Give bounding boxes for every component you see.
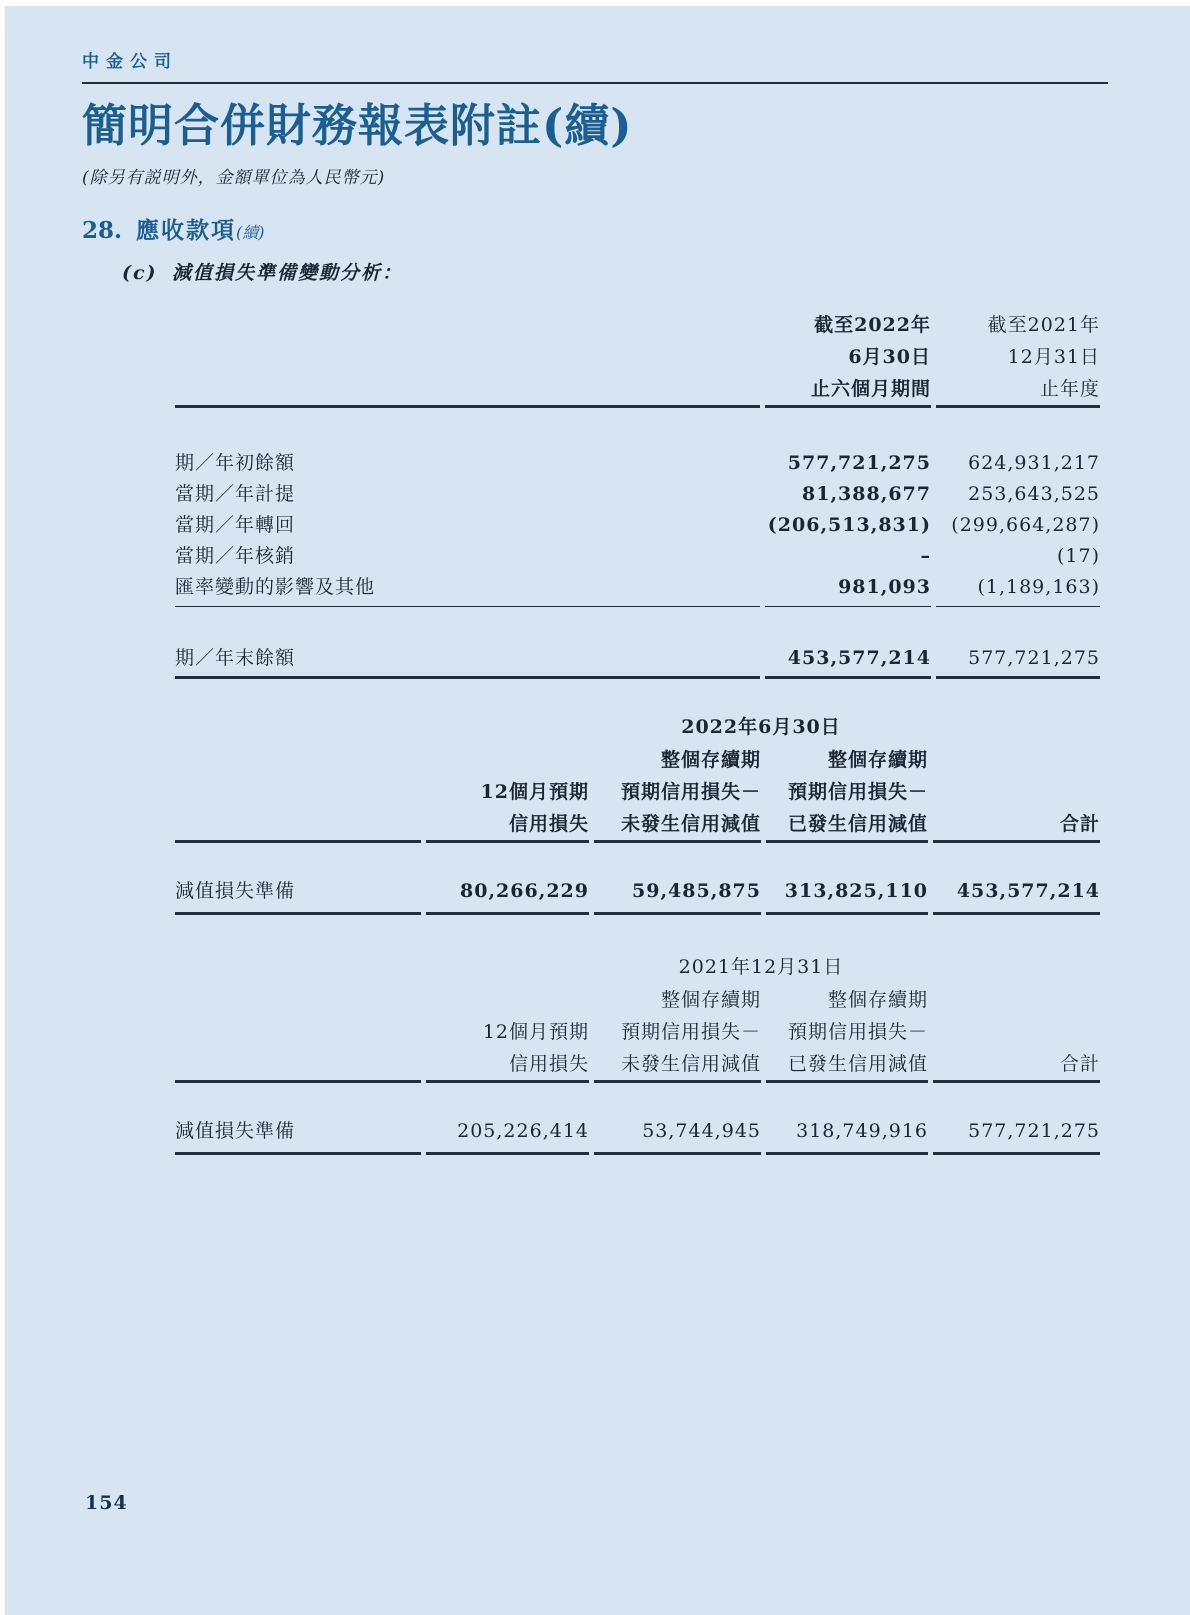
page-number: 154 xyxy=(85,1492,128,1514)
column-header-stage3: 整個存續期 預期信用損失－ 已發生信用減值 xyxy=(766,984,928,1083)
value-2022: 577,721,275 xyxy=(765,408,931,479)
column-header-line: 預期信用損失－ xyxy=(766,1016,928,1048)
row-label: 當期／年計提 xyxy=(175,479,760,510)
date-spacer xyxy=(175,950,589,984)
ecl-header-row: 12個月預期 信用損失 整個存續期 預期信用損失－ 未發生信用減值 整個存續期 … xyxy=(175,984,1100,1083)
company-name: 中金公司 xyxy=(82,48,1108,76)
ecl-value: 53,744,945 xyxy=(594,1083,761,1155)
value-2021: (1,189,163) xyxy=(936,572,1100,606)
column-header-line: 12個月預期 xyxy=(426,1016,589,1048)
value-2021: 253,643,525 xyxy=(936,479,1100,510)
as-at-date: 2022年6月30日 xyxy=(594,710,928,744)
header-spacer-cell xyxy=(175,309,760,408)
column-header-line: 信用損失 xyxy=(426,808,589,840)
column-header-stage1: 12個月預期 信用損失 xyxy=(426,984,589,1083)
column-header-stage3: 整個存續期 預期信用損失－ 已發生信用減值 xyxy=(766,744,928,843)
section-continued-label: (續) xyxy=(236,223,265,242)
ecl-value: 59,485,875 xyxy=(594,843,761,915)
currency-unit-note: (除另有説明外，金額單位為人民幣元) xyxy=(82,166,1108,190)
row-label: 當期／年轉回 xyxy=(175,510,760,541)
value-2021: (17) xyxy=(936,541,1100,572)
value-2021: 624,931,217 xyxy=(936,408,1100,479)
column-header-line: 已發生信用減值 xyxy=(766,808,928,840)
table-row: 匯率變動的影響及其他 981,093 (1,189,163) xyxy=(175,572,1100,606)
section-heading: 28.應收款項(續) xyxy=(82,216,1108,248)
subsection-heading: (c)減值損失準備變動分析： xyxy=(122,260,1108,287)
column-header-line: 12個月預期 xyxy=(426,776,589,808)
movement-table: 截至2022年 6月30日 止六個月期間 截至2021年 12月31日 止年度 … xyxy=(170,309,1105,679)
header-divider xyxy=(82,82,1108,84)
row-label: 匯率變動的影響及其他 xyxy=(175,572,760,606)
ecl-data-row: 減值損失準備 205,226,414 53,744,945 318,749,91… xyxy=(175,1083,1100,1155)
column-header-line: 截至2022年 xyxy=(765,309,931,341)
column-header-line: 預期信用損失－ xyxy=(594,776,761,808)
column-header-line: 預期信用損失－ xyxy=(766,776,928,808)
table-row: 當期／年計提 81,388,677 253,643,525 xyxy=(175,479,1100,510)
column-header-line: 未發生信用減值 xyxy=(594,808,761,840)
column-header-line: 整個存續期 xyxy=(766,984,928,1016)
value-2022: 981,093 xyxy=(765,572,931,606)
column-header-line: 合計 xyxy=(933,808,1100,840)
date-spacer xyxy=(933,950,1100,984)
report-page: 中金公司 簡明合併財務報表附註(續) (除另有説明外，金額單位為人民幣元) 28… xyxy=(0,0,1190,1615)
row-label: 期／年末餘額 xyxy=(175,606,760,679)
ecl-table-2021: 2021年12月31日 12個月預期 信用損失 整個存續期 預期信用損失－ 未發… xyxy=(170,950,1105,1155)
column-header-total: 合計 xyxy=(933,984,1100,1083)
row-label: 減值損失準備 xyxy=(175,843,421,915)
ecl-value: 313,825,110 xyxy=(766,843,928,915)
column-header-line: 止年度 xyxy=(936,373,1100,405)
column-header-line: 預期信用損失－ xyxy=(594,1016,761,1048)
column-header-line: 信用損失 xyxy=(426,1048,589,1080)
column-header-stage1: 12個月預期 信用損失 xyxy=(426,744,589,843)
header-spacer-cell xyxy=(175,744,421,843)
ecl-date-row: 2021年12月31日 xyxy=(175,950,1100,984)
total-row: 期／年末餘額 453,577,214 577,721,275 xyxy=(175,606,1100,679)
column-header-2022: 截至2022年 6月30日 止六個月期間 xyxy=(765,309,931,408)
ecl-value: 80,266,229 xyxy=(426,843,589,915)
ecl-data-row: 減值損失準備 80,266,229 59,485,875 313,825,110… xyxy=(175,843,1100,915)
as-at-date: 2021年12月31日 xyxy=(594,950,928,984)
ecl-value: 318,749,916 xyxy=(766,1083,928,1155)
column-header-line: 止六個月期間 xyxy=(765,373,931,405)
column-header-line: 整個存續期 xyxy=(766,744,928,776)
table-row: 當期／年核銷 – (17) xyxy=(175,541,1100,572)
section-title: 應收款項 xyxy=(136,217,236,244)
ecl-value: 205,226,414 xyxy=(426,1083,589,1155)
value-2022: – xyxy=(765,541,931,572)
row-label: 當期／年核銷 xyxy=(175,541,760,572)
column-header-stage2: 整個存續期 預期信用損失－ 未發生信用減值 xyxy=(594,744,761,843)
column-header-line: 整個存續期 xyxy=(594,744,761,776)
page-content: 中金公司 簡明合併財務報表附註(續) (除另有説明外，金額單位為人民幣元) 28… xyxy=(5,48,1190,1155)
header-spacer-cell xyxy=(175,984,421,1083)
value-2022: 81,388,677 xyxy=(765,479,931,510)
value-2021: 577,721,275 xyxy=(936,606,1100,679)
column-header-line: 整個存續期 xyxy=(594,984,761,1016)
ecl-value: 577,721,275 xyxy=(933,1083,1100,1155)
value-2021: (299,664,287) xyxy=(936,510,1100,541)
row-label: 期／年初餘額 xyxy=(175,408,760,479)
column-header-line: 12月31日 xyxy=(936,341,1100,373)
table-row: 期／年初餘額 577,721,275 624,931,217 xyxy=(175,408,1100,479)
document-title: 簡明合併財務報表附註(續) xyxy=(82,98,1108,154)
column-header-line: 合計 xyxy=(933,1048,1100,1080)
movement-table-header-row: 截至2022年 6月30日 止六個月期間 截至2021年 12月31日 止年度 xyxy=(175,309,1100,408)
section-number: 28. xyxy=(82,217,122,244)
ecl-table-2022: 2022年6月30日 12個月預期 信用損失 整個存續期 預期信用損失－ 未發生… xyxy=(170,710,1105,915)
table-row: 當期／年轉回 (206,513,831) (299,664,287) xyxy=(175,510,1100,541)
column-header-total: 合計 xyxy=(933,744,1100,843)
column-header-line: 未發生信用減值 xyxy=(594,1048,761,1080)
subsection-label: (c) xyxy=(122,260,172,287)
column-header-line: 截至2021年 xyxy=(936,309,1100,341)
subsection-title: 減值損失準備變動分析： xyxy=(172,262,403,284)
ecl-value: 453,577,214 xyxy=(933,843,1100,915)
date-spacer xyxy=(175,710,589,744)
column-header-line: 6月30日 xyxy=(765,341,931,373)
value-2022: 453,577,214 xyxy=(765,606,931,679)
column-header-2021: 截至2021年 12月31日 止年度 xyxy=(936,309,1100,408)
ecl-date-row: 2022年6月30日 xyxy=(175,710,1100,744)
column-header-line: 已發生信用減值 xyxy=(766,1048,928,1080)
row-label: 減值損失準備 xyxy=(175,1083,421,1155)
ecl-header-row: 12個月預期 信用損失 整個存續期 預期信用損失－ 未發生信用減值 整個存續期 … xyxy=(175,744,1100,843)
date-spacer xyxy=(933,710,1100,744)
value-2022: (206,513,831) xyxy=(765,510,931,541)
column-header-stage2: 整個存續期 預期信用損失－ 未發生信用減值 xyxy=(594,984,761,1083)
